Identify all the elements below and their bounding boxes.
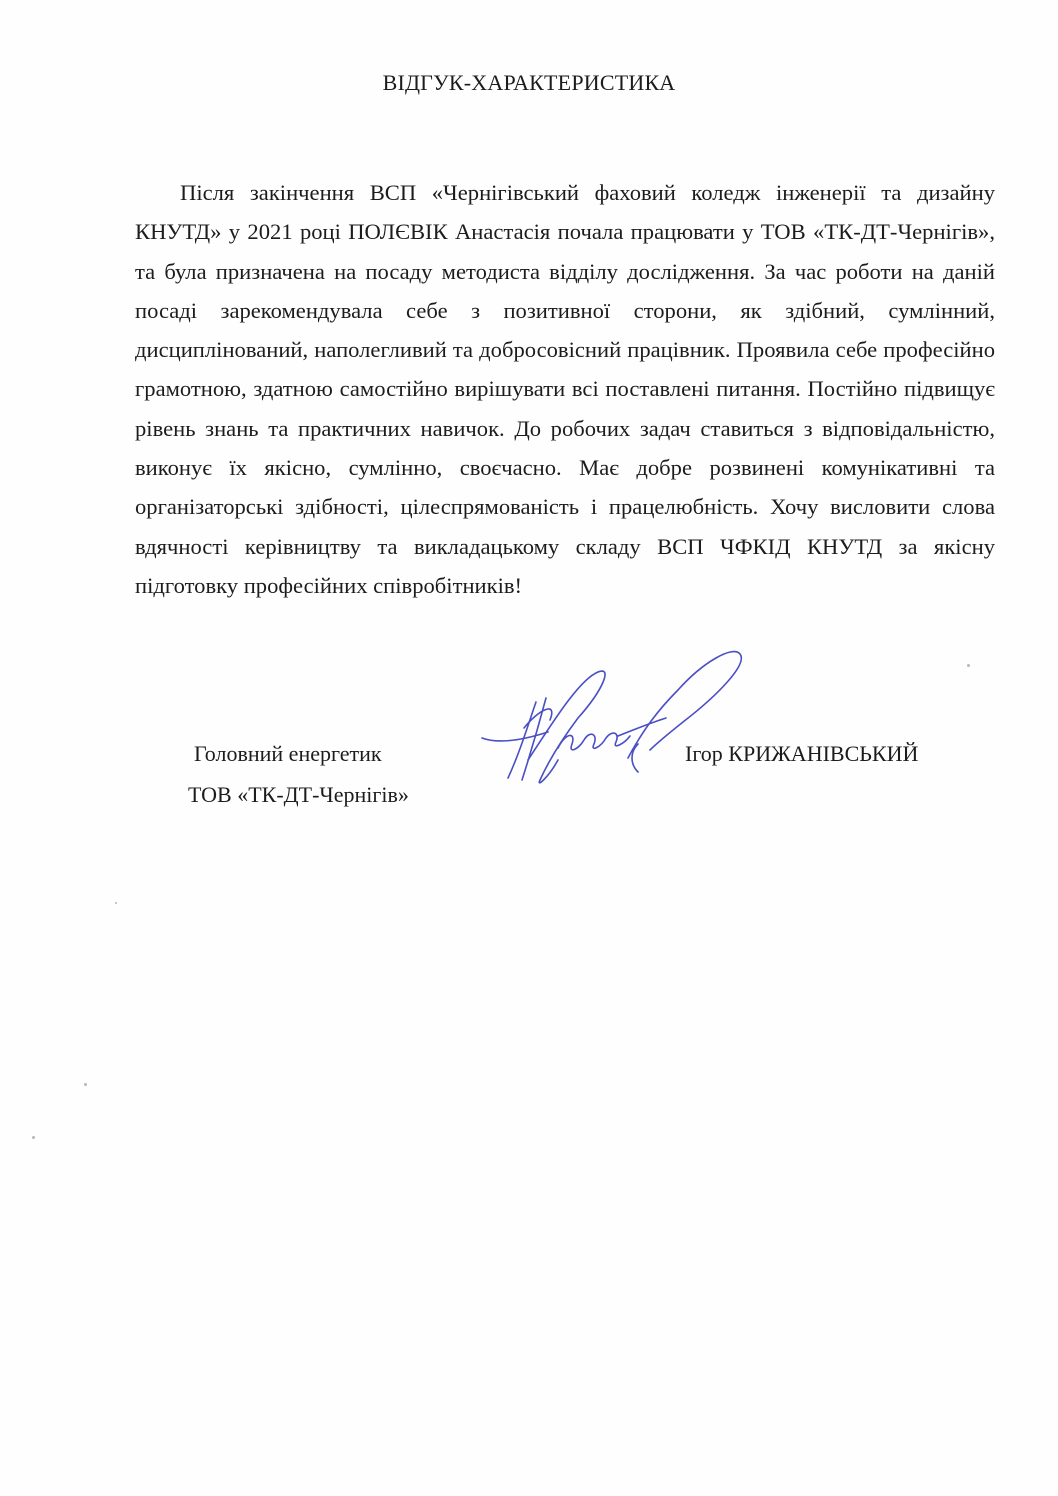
signatory-organization: ТОВ «ТК-ДТ-Чернігів» bbox=[188, 774, 409, 815]
signatory-position: Головний енергетик bbox=[188, 733, 409, 774]
document-page: ВІДГУК-ХАРАКТЕРИСТИКА Після закінчення В… bbox=[0, 0, 1058, 1496]
document-title: ВІДГУК-ХАРАКТЕРИСТИКА bbox=[0, 70, 1058, 96]
scan-speck bbox=[84, 1083, 87, 1086]
body-paragraph: Після закінчення ВСП «Чернігівський фахо… bbox=[135, 173, 995, 605]
scan-speck bbox=[115, 902, 117, 904]
document-body: Після закінчення ВСП «Чернігівський фахо… bbox=[135, 173, 995, 605]
signatory-name: Ігор КРИЖАНІВСЬКИЙ bbox=[685, 733, 918, 774]
signatory-block: Головний енергетик ТОВ «ТК-ДТ-Чернігів» bbox=[188, 733, 409, 815]
scan-speck bbox=[32, 1136, 35, 1139]
scan-speck bbox=[967, 664, 970, 667]
